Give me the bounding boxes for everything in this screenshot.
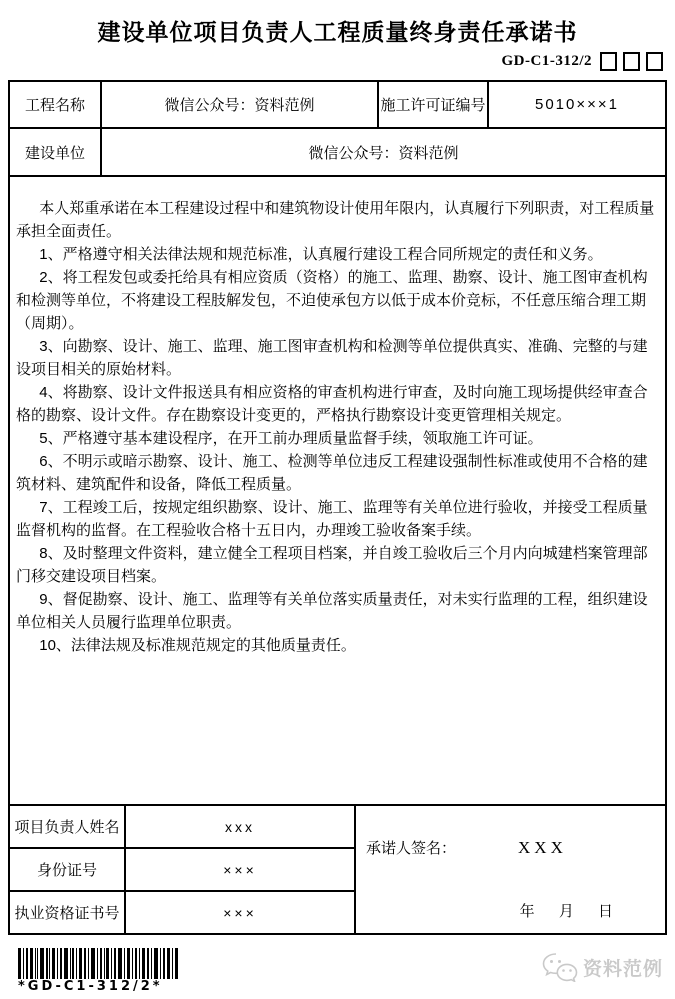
leader-name-value: xxx — [126, 806, 354, 847]
commitment-item-4: 4、将勘察、设计文件报送具有相应资格的审查机构进行审查，及时向施工现场提供经审查… — [16, 381, 660, 427]
date-fields: 年 月 日 — [520, 900, 623, 921]
signature-left-table: 项目负责人姓名 xxx 身份证号 ××× 执业资格证书号 ××× — [10, 806, 356, 933]
qualification-cert-row: 执业资格证书号 ××× — [10, 892, 354, 933]
watermark: 资料范例 — [542, 952, 663, 982]
commitment-form-table: 工程名称 微信公众号：资料范例 施工许可证编号 5010×××1 建设单位 微信… — [8, 80, 667, 935]
commitment-item-10: 10、法律法规及标准规范规定的其他质量责任。 — [16, 634, 660, 657]
form-code-box-1 — [600, 52, 617, 71]
id-number-label: 身份证号 — [10, 849, 126, 890]
signer-cell: 承诺人签名： XXX 年 月 日 — [356, 806, 665, 933]
commitment-item-9: 9、督促勘察、设计、施工、监理等有关单位落实质量责任，对未实行监理的工程，组织建… — [16, 588, 660, 634]
project-name-value: 微信公众号：资料范例 — [102, 82, 379, 127]
project-info-row: 工程名称 微信公众号：资料范例 施工许可证编号 5010×××1 — [10, 82, 665, 129]
watermark-text: 资料范例 — [583, 954, 663, 981]
page-title: 建设单位项目负责人工程质量终身责任承诺书 — [0, 14, 675, 47]
commitment-item-6: 6、不明示或暗示勘察、设计、施工、检测等单位违反工程建设强制性标准或使用不合格的… — [16, 450, 660, 496]
commitment-item-5: 5、严格遵守基本建设程序，在开工前办理质量监督手续，领取施工许可证。 — [16, 427, 660, 450]
id-number-value: ××× — [126, 849, 354, 890]
builder-row: 建设单位 微信公众号：资料范例 — [10, 129, 665, 177]
commitment-item-3: 3、向勘察、设计、施工、监理、施工图审查机构和检测等单位提供真实、准确、完整的与… — [16, 335, 660, 381]
leader-name-row: 项目负责人姓名 xxx — [10, 806, 354, 849]
commitment-item-2: 2、将工程发包或委托给具有相应资质（资格）的施工、监理、勘察、设计、施工图审查机… — [16, 266, 660, 335]
commitment-intro: 本人郑重承诺在本工程建设过程中和建筑物设计使用年限内，认真履行下列职责，对工程质… — [16, 197, 660, 243]
qualification-cert-value: ××× — [126, 892, 354, 933]
form-code: GD-C1-312/2 — [502, 53, 593, 70]
commitment-item-7: 7、工程竣工后，按规定组织勘察、设计、施工、监理等有关单位进行验收，并接受工程质… — [16, 496, 660, 542]
id-number-row: 身份证号 ××× — [10, 849, 354, 892]
signature-section: 项目负责人姓名 xxx 身份证号 ××× 执业资格证书号 ××× 承诺人签名： … — [10, 806, 665, 933]
signer-signature: XXX — [518, 838, 567, 858]
commitment-item-1: 1、严格遵守相关法律法规和规范标准，认真履行建设工程合同所规定的责任和义务。 — [16, 243, 660, 266]
barcode-text: *GD-C1-312/2* — [18, 979, 178, 994]
builder-label: 建设单位 — [10, 129, 102, 175]
leader-name-label: 项目负责人姓名 — [10, 806, 126, 847]
commitment-item-8: 8、及时整理文件资料，建立健全工程项目档案，并自竣工验收后三个月内向城建档案管理… — [16, 542, 660, 588]
form-code-box-3 — [646, 52, 663, 71]
form-code-box-2 — [623, 52, 640, 71]
form-code-row: GD-C1-312/2 — [502, 52, 664, 71]
barcode-block: *GD-C1-312/2* — [18, 948, 178, 994]
qualification-cert-label: 执业资格证书号 — [10, 892, 126, 933]
barcode-icon — [18, 948, 178, 979]
signer-line: 承诺人签名： XXX — [366, 806, 567, 890]
permit-no-label: 施工许可证编号 — [379, 82, 489, 127]
commitment-body: 本人郑重承诺在本工程建设过程中和建筑物设计使用年限内，认真履行下列职责，对工程质… — [10, 177, 665, 806]
wechat-icon — [542, 952, 578, 982]
builder-value: 微信公众号：资料范例 — [102, 129, 665, 175]
permit-no-value: 5010×××1 — [489, 82, 665, 127]
project-name-label: 工程名称 — [10, 82, 102, 127]
signer-label: 承诺人签名： — [366, 837, 456, 858]
